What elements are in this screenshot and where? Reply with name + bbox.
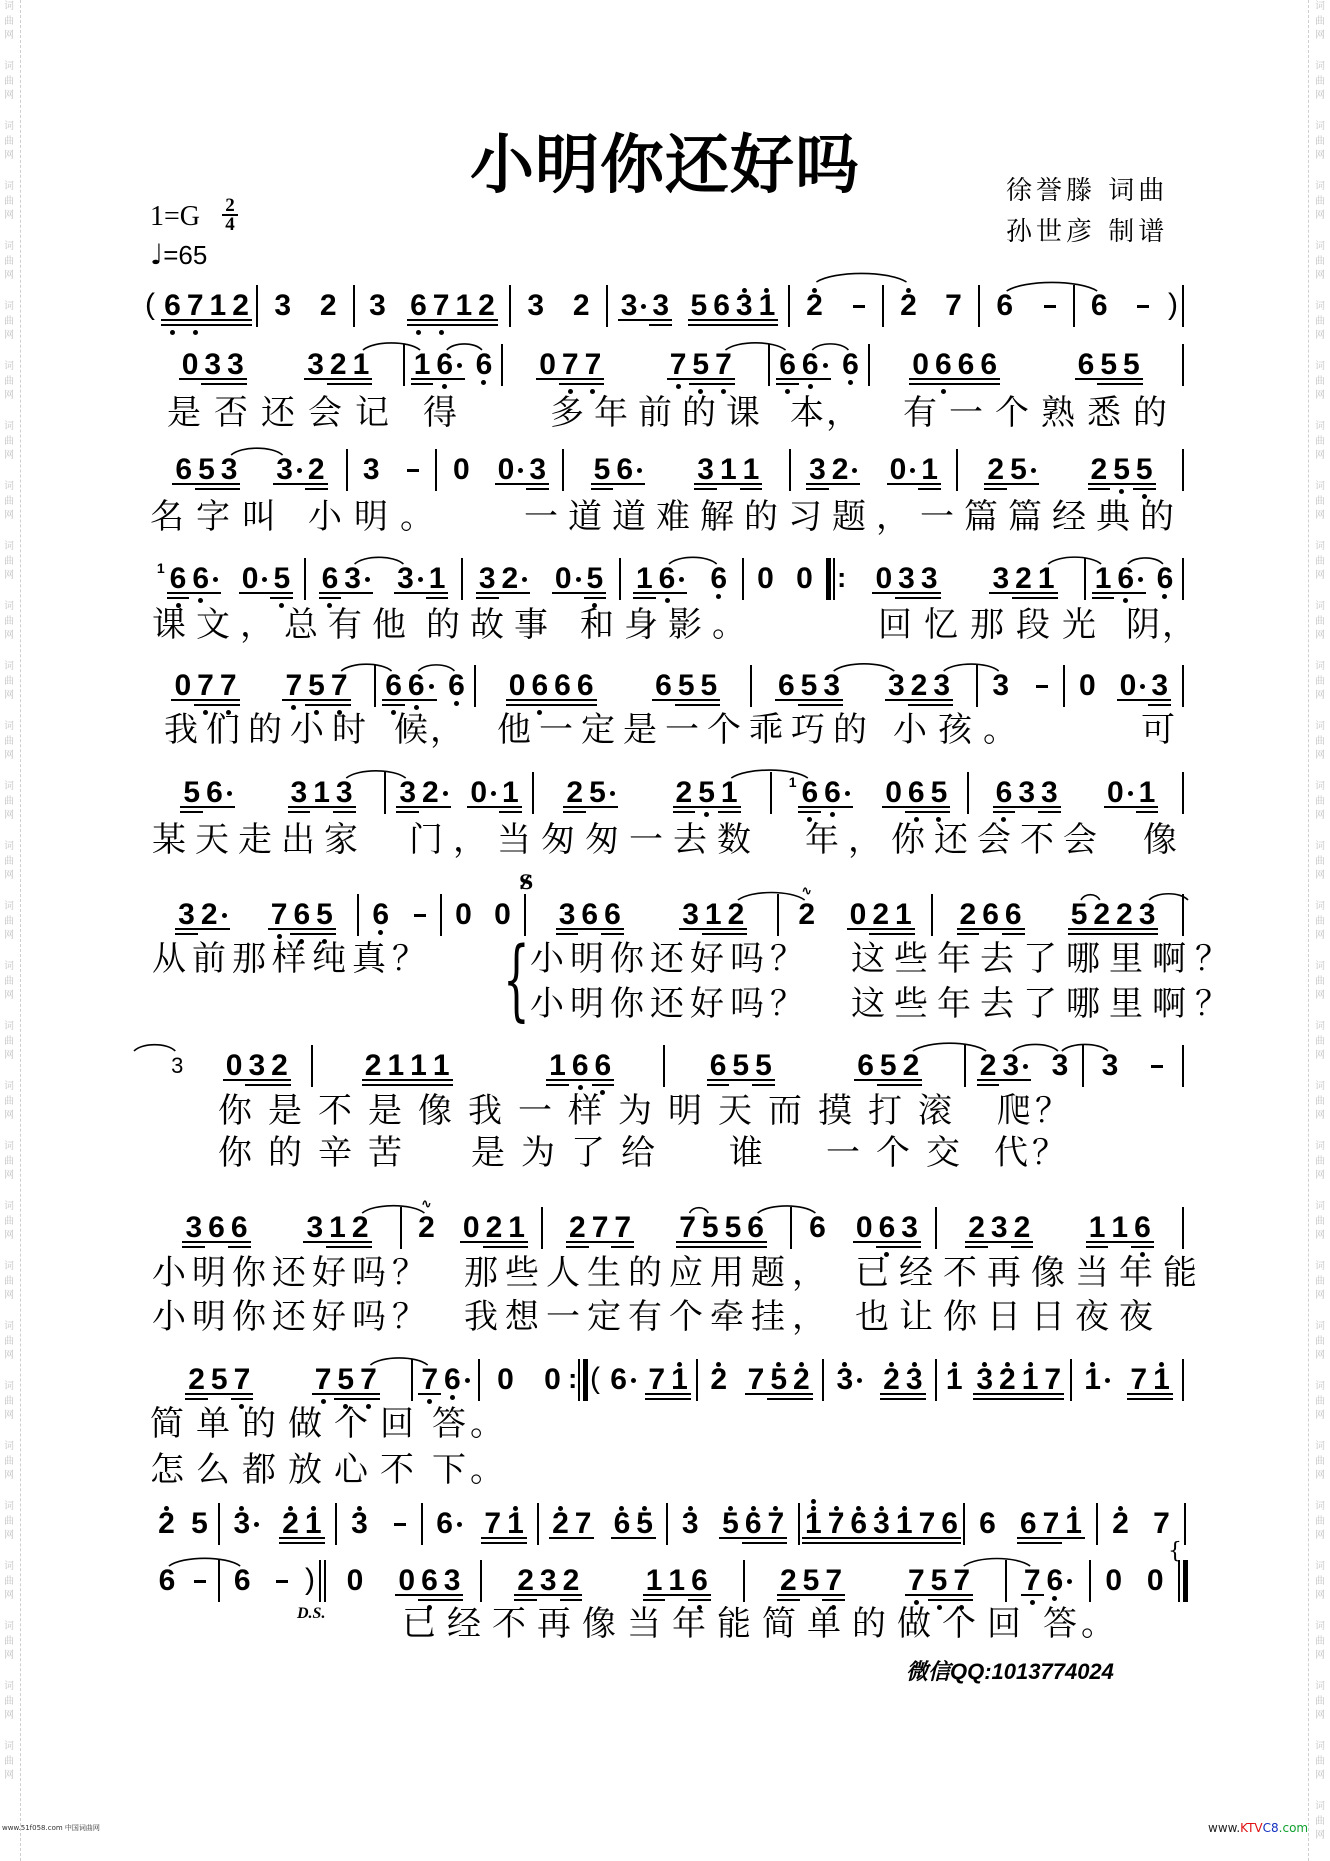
beam-underline: [1136, 811, 1159, 813]
note-group: 6: [839, 345, 862, 385]
note: 2: [570, 286, 593, 326]
measure: 25255: [960, 450, 1180, 490]
note-group: 6: [1088, 286, 1111, 326]
beam-underline: [870, 1542, 893, 1544]
watermark-group: 词曲网: [1312, 1080, 1328, 1124]
note-group: 032: [223, 1046, 291, 1086]
measure: 0063: [329, 1561, 478, 1601]
beam-underline: [528, 704, 551, 706]
watermark-char: 词: [4, 600, 14, 615]
beam-underline: [930, 699, 953, 701]
watermark-char: 网: [4, 1109, 14, 1124]
beam-underline: [876, 1246, 899, 1248]
watermark-group: 词曲网: [1312, 720, 1328, 764]
mordent-icon: ∿: [801, 886, 812, 898]
note: 6: [707, 559, 730, 599]
beam-underline: [481, 1537, 504, 1539]
dash-mark: [1135, 286, 1150, 326]
note: 2: [305, 450, 328, 490]
note-group: 3: [1049, 1046, 1072, 1086]
beam-underline: [452, 319, 475, 321]
beam-underline: [802, 1537, 825, 1539]
note-group: 2: [803, 286, 826, 326]
note: 3: [333, 773, 356, 813]
low-octave-dot: [416, 330, 421, 335]
note: 1: [384, 1046, 407, 1086]
watermark-group: 词曲网: [1312, 240, 1328, 284]
note: 6: [688, 1561, 711, 1601]
beam-underline: [382, 704, 405, 706]
augmentation-dot: [1031, 468, 1036, 473]
note: 0: [467, 773, 499, 813]
beam-underline: [1150, 1398, 1173, 1400]
dash-extension: [1039, 286, 1060, 326]
note-group: 32: [175, 895, 229, 935]
beam-underline: [349, 1241, 372, 1243]
note: 1: [1086, 1208, 1109, 1248]
note: 2: [880, 1360, 903, 1400]
watermark-group: 词曲网: [1, 240, 17, 284]
barline: [1082, 1045, 1084, 1087]
note: 6: [433, 1504, 465, 1544]
watermark-char: 曲: [1315, 1455, 1325, 1470]
note-group: 655: [1075, 345, 1143, 385]
note-group: 5: [188, 1504, 211, 1544]
beam-underline: [1136, 928, 1159, 930]
note-digit: 7: [945, 286, 962, 326]
watermark-char: 网: [1315, 1469, 1325, 1484]
barline: [1073, 285, 1075, 327]
beam-underline: [916, 1537, 939, 1539]
note-digit: 6: [979, 1504, 996, 1544]
beam-underline: [566, 1246, 589, 1248]
watermark-char: 曲: [4, 1335, 14, 1350]
note: 0: [239, 559, 271, 599]
dash-mark: [392, 1504, 407, 1544]
high-octave-dot: [1159, 1362, 1164, 1367]
watermark-char: 曲: [4, 1155, 14, 1170]
note: 3: [1049, 1046, 1072, 1086]
barline: [790, 1207, 792, 1249]
note-group: 3: [833, 1360, 865, 1400]
measure: 077757: [150, 666, 372, 706]
note: 2: [829, 450, 861, 490]
note: 3: [304, 345, 327, 385]
note: 3: [360, 450, 383, 490]
note: 7: [712, 345, 735, 385]
watermark-char: 曲: [4, 735, 14, 750]
dash-mark: [192, 1561, 207, 1601]
low-octave-dot: [578, 1085, 583, 1090]
measure: 321: [222, 1504, 333, 1544]
beam-underline: [194, 699, 217, 701]
note-group: 232: [965, 1208, 1033, 1248]
note-group: 257: [185, 1360, 253, 1400]
note-group: 6712: [407, 286, 498, 326]
system-brace-mark: {: [1168, 1540, 1182, 1564]
high-octave-dot: [982, 1362, 987, 1367]
barline: [440, 894, 442, 936]
note-group: 3: [524, 286, 547, 326]
high-octave-dot: [811, 1499, 816, 1504]
watermark-char: 曲: [1315, 975, 1325, 990]
note: 2: [499, 559, 531, 599]
watermark-char: 网: [4, 1409, 14, 1424]
watermark-char: 曲: [4, 1455, 14, 1470]
beam-underline: [161, 319, 184, 321]
barline: [768, 344, 770, 386]
note-group: 66: [776, 345, 830, 385]
barline: [822, 1359, 824, 1401]
barline: [868, 344, 870, 386]
barline: [963, 1503, 965, 1545]
note: 5: [633, 1504, 656, 1544]
lyric-segment: 怎么都放心不: [150, 1450, 426, 1490]
note: 7: [559, 345, 582, 385]
paren-open: (: [590, 1360, 600, 1398]
beam-underline: [847, 928, 870, 930]
note-group: 6: [473, 345, 496, 385]
beam-underline: [847, 1537, 870, 1539]
note-group: 033: [179, 345, 247, 385]
dash-mark: [1034, 666, 1049, 706]
note: 2∿: [795, 895, 818, 935]
lyric-segment: 从前那样纯真？: [152, 939, 432, 979]
watermark-group: 词曲网: [1312, 1800, 1328, 1844]
note-group: 266: [957, 895, 1025, 935]
note: 2: [908, 666, 931, 706]
note-group: 27: [549, 1504, 594, 1544]
beam-underline: [905, 811, 928, 813]
note: 2: [707, 1360, 730, 1400]
low-octave-dot: [716, 594, 721, 599]
measure: 666: [378, 666, 472, 706]
footer-www: www.: [1208, 1821, 1240, 1835]
beam-underline: [973, 1393, 996, 1395]
beam-underline: [643, 1594, 666, 1596]
beam-underline: [633, 597, 656, 599]
note-group: 6: [976, 1504, 999, 1544]
watermark-char: 词: [1315, 540, 1325, 555]
beam-underline: [733, 324, 756, 326]
measure: 1763176: [802, 1504, 961, 1544]
note-group: 0: [450, 450, 473, 490]
watermark-group: 词曲网: [1, 1740, 17, 1784]
note-group: 3: [230, 1504, 262, 1544]
beam-underline: [869, 928, 892, 930]
watermark-char: 词: [4, 840, 14, 855]
note: 2: [984, 450, 1007, 490]
augmentation-dot: [641, 304, 646, 309]
watermark-char: 网: [4, 1649, 14, 1664]
beam-underline: [893, 1542, 916, 1544]
note: 7: [312, 1360, 335, 1400]
note: 5: [698, 666, 721, 706]
measure: 13217: [939, 1360, 1068, 1400]
beam-underline: [694, 488, 717, 490]
note-digit: 6: [610, 1360, 627, 1400]
credit-lyrics-music: 徐誉滕 词曲: [1006, 175, 1168, 207]
note: 3: [526, 450, 549, 490]
measure: 2∿021: [781, 895, 929, 935]
note: 2: [349, 1208, 372, 1248]
beam-underline: [932, 378, 955, 380]
high-octave-dot: [811, 1506, 816, 1511]
note: 1: [310, 773, 333, 813]
watermark-char: 词: [4, 240, 14, 255]
beam-underline: [179, 378, 202, 380]
watermark-char: 词: [1315, 840, 1325, 855]
high-octave-dot: [812, 288, 817, 293]
high-octave-dot: [311, 1506, 316, 1511]
note: 3: [989, 666, 1012, 706]
beam-underline: [853, 1241, 876, 1243]
note-digit: 3: [527, 286, 544, 326]
note: 5: [270, 559, 293, 599]
beam-underline: [689, 378, 712, 380]
augmentation-dot: [610, 791, 615, 796]
note-digit: 3: [363, 450, 380, 490]
beam-underline: [528, 699, 551, 701]
measure: 6712: [159, 286, 254, 326]
measure: 6: [222, 1561, 301, 1601]
contact-wechat-qq: 微信QQ:1013774024: [906, 1657, 1114, 1687]
measure: 6671: [967, 1504, 1094, 1544]
lyric-segment: 谁: [729, 1133, 763, 1173]
note-group: 6: [433, 1504, 465, 1544]
note: 3: [679, 1504, 702, 1544]
footer-site-right[interactable]: www.KTVC8.com: [1208, 1820, 1308, 1836]
watermark-char: 网: [4, 1289, 14, 1304]
beam-underline: [977, 1079, 1000, 1081]
note-digit: 6: [234, 1561, 251, 1601]
beam-underline: [205, 1241, 228, 1243]
note: 1: [207, 286, 230, 326]
lyric-segment: 和身影。: [580, 605, 756, 645]
note: 0: [1144, 1561, 1167, 1601]
beam-underline: [504, 1542, 527, 1544]
beam-underline: [582, 383, 605, 385]
lyric-segment: 小明。: [308, 497, 446, 537]
note: 6: [418, 1561, 441, 1601]
note: 1: [1108, 1208, 1131, 1248]
note: 2: [1113, 895, 1136, 935]
note-group: [1132, 286, 1153, 326]
beam-underline: [218, 488, 241, 490]
notation-row-4: 166056331320516600:033321166: [0, 559, 1330, 599]
note: 6: [742, 1504, 765, 1544]
watermark-char: 曲: [1315, 1815, 1325, 1830]
lyric-segment: 你的辛苦: [218, 1133, 418, 1173]
beam-underline: [175, 933, 198, 935]
note: 1: [302, 1504, 325, 1544]
beam-underline: [898, 1241, 921, 1243]
watermark-char: 词: [1315, 720, 1325, 735]
watermark-char: 曲: [4, 15, 14, 30]
beam-underline: [245, 1084, 268, 1086]
note: 2: [327, 345, 350, 385]
note: 6: [1131, 1208, 1154, 1248]
note: 6: [656, 559, 688, 599]
note: 6: [601, 895, 624, 935]
watermark-group: 词曲网: [1, 840, 17, 884]
note: 3: [733, 286, 756, 326]
barline: [1182, 1359, 1184, 1401]
beam-underline: [319, 592, 342, 594]
beam-underline: [996, 1393, 1019, 1395]
note-digit: 3: [274, 286, 291, 326]
lyric-segment: 这些年去了哪里啊？: [851, 939, 1238, 979]
note: 2: [869, 895, 892, 935]
low-octave-dot: [1052, 1596, 1057, 1601]
beam-underline: [333, 811, 356, 813]
beam-underline: [880, 1398, 903, 1400]
note-group: 652: [854, 1046, 922, 1086]
note: 3: [903, 1360, 926, 1400]
note-digit: 6: [1091, 286, 1108, 326]
note-group: 653: [172, 450, 240, 490]
note: 6: [1002, 895, 1025, 935]
watermark-group: 词曲网: [1, 0, 17, 44]
beam-underline: [592, 1084, 615, 1086]
beam-underline: [643, 1599, 666, 1601]
beam-underline: [499, 592, 531, 594]
beam-underline: [549, 1537, 572, 1539]
dash-extension: [848, 286, 869, 326]
dash-extension: [389, 1504, 410, 1544]
note: 7: [430, 286, 453, 326]
beam-underline: [245, 1079, 268, 1081]
beam-underline: [1120, 378, 1143, 380]
barline: [935, 1207, 937, 1249]
note: 1: [157, 559, 167, 599]
note-digit: 6: [996, 286, 1013, 326]
beam-underline: [578, 928, 601, 930]
final-barline-thin: [1178, 1560, 1180, 1602]
measure: 077757: [505, 345, 766, 385]
beam-underline: [895, 592, 918, 594]
low-octave-dot: [442, 384, 447, 389]
note-group: 1763: [802, 1504, 893, 1544]
beam-underline: [1088, 483, 1111, 485]
note: 6: [574, 666, 597, 706]
beam-underline: [310, 806, 333, 808]
beam-underline: [965, 1246, 988, 1248]
beam-underline: [928, 811, 951, 813]
watermark-group: 词曲网: [1, 1260, 17, 1304]
high-octave-dot: [902, 1506, 907, 1511]
beam-underline: [559, 378, 582, 380]
lyric-segment: 已经不再像当年能简单的做个回: [402, 1604, 1032, 1644]
dash-mark: [274, 1561, 289, 1601]
verse-brace: {: [503, 936, 530, 1024]
beam-underline: [698, 704, 721, 706]
high-octave-dot: [357, 1506, 362, 1511]
low-octave-dot: [1119, 489, 1124, 494]
note: 1: [756, 286, 779, 326]
slur-arc: [816, 273, 906, 282]
notation-row-2: 0333211660777576660666655: [0, 345, 1330, 385]
note-group: 3: [168, 1046, 186, 1086]
note: 7: [231, 1360, 254, 1400]
watermark-char: 网: [1315, 1289, 1325, 1304]
beam-underline: [825, 1537, 848, 1539]
watermark-group: 词曲网: [1, 60, 17, 104]
watermark-char: 曲: [1315, 1095, 1325, 1110]
beam-underline: [217, 699, 240, 701]
beam-underline: [742, 1542, 765, 1544]
note-group: 251: [673, 773, 741, 813]
watermark-char: 曲: [4, 255, 14, 270]
note-group: 71: [1127, 1360, 1172, 1400]
notation-row-6: 5631332012525116606563301: [0, 773, 1330, 813]
beam-underline: [475, 319, 498, 321]
beam-underline: [536, 378, 559, 380]
beam-underline: [433, 378, 465, 380]
note-digit: 6: [710, 559, 727, 599]
note: 6: [854, 1046, 877, 1086]
note-group: 2: [570, 286, 593, 326]
barline: [1063, 665, 1065, 707]
beam-underline: [313, 933, 336, 935]
lyric-segment: 简单的做个回: [150, 1404, 426, 1444]
beam-underline: [752, 1079, 775, 1081]
note-digit: 3: [682, 1504, 699, 1544]
watermark-char: 曲: [4, 75, 14, 90]
beam-underline: [382, 699, 405, 701]
measure: 233: [968, 1046, 1080, 1086]
beam-underline: [668, 1398, 691, 1400]
measure: 166: [623, 559, 740, 599]
note: 5: [1110, 450, 1133, 490]
beam-underline: [476, 592, 499, 594]
beam-underline: [930, 704, 953, 706]
note: 2: [790, 1360, 813, 1400]
watermark-char: 曲: [1315, 1335, 1325, 1350]
note-group: 077: [536, 345, 604, 385]
note: 0: [395, 1561, 418, 1601]
beam-underline: [305, 488, 328, 490]
watermark-char: 词: [4, 960, 14, 975]
beam-underline: [1007, 483, 1039, 485]
watermark-group: 词曲网: [1312, 60, 1328, 104]
note: 3: [988, 1208, 1011, 1248]
note: 1: [430, 1046, 453, 1086]
watermark-char: 词: [1315, 0, 1325, 15]
note: 7: [765, 1504, 788, 1544]
measure: 166: [1088, 559, 1180, 599]
beam-underline: [955, 378, 978, 380]
note: 1: [1035, 559, 1058, 599]
double-barline: [319, 1560, 321, 1602]
beam-underline: [231, 1393, 254, 1395]
beam-underline: [591, 488, 614, 490]
paren-open: (: [145, 286, 155, 324]
beam-underline: [327, 378, 350, 380]
note: 7: [676, 1208, 699, 1248]
beam-underline: [304, 378, 327, 380]
note: 7: [184, 286, 207, 326]
beam-underline: [1086, 1246, 1109, 1248]
beam-underline: [688, 324, 711, 326]
lyric-segment: 也让你日日夜夜: [855, 1297, 1163, 1337]
note: 2: [566, 1208, 589, 1248]
note: 2: [475, 286, 498, 326]
beam-underline: [185, 1398, 208, 1400]
note: 5: [305, 666, 328, 706]
beam-underline: [699, 1241, 722, 1243]
note: 2: [996, 1360, 1019, 1400]
